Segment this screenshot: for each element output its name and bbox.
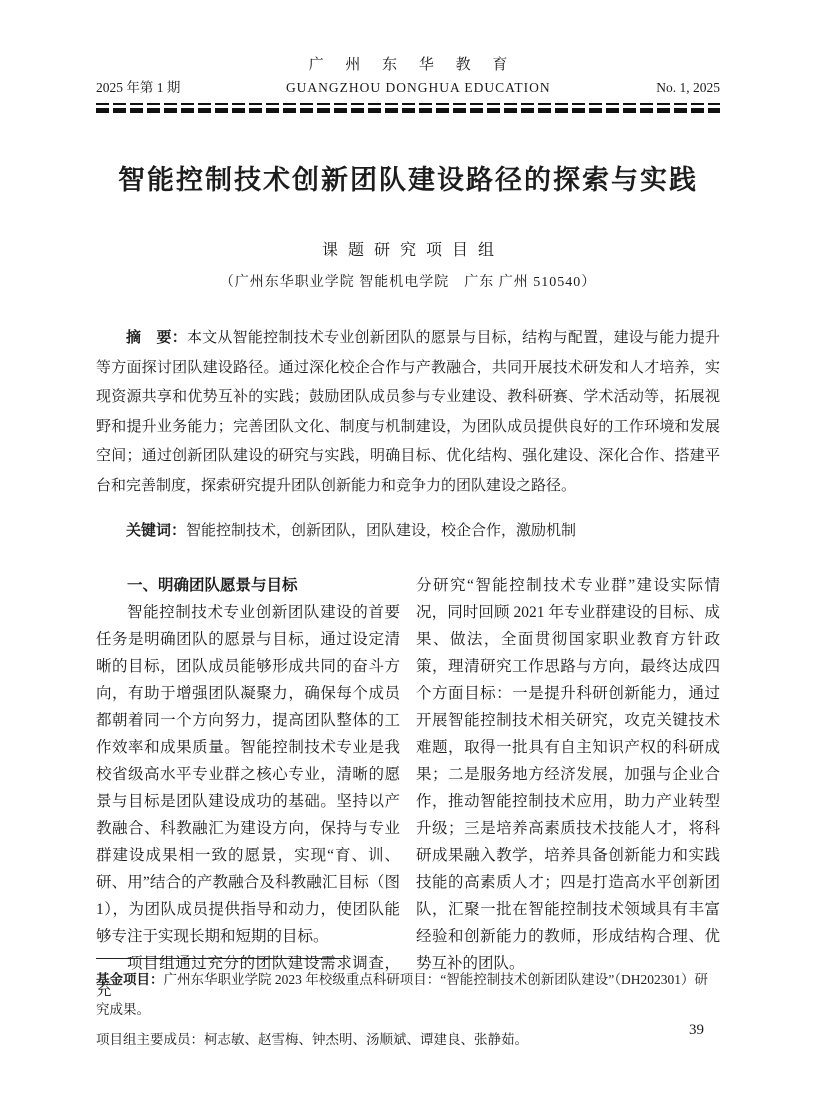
abstract-label: 摘 要： bbox=[126, 329, 187, 346]
body-columns: 一、明确团队愿景与目标 智能控制技术专业创新团队建设的首要任务是明确团队的愿景与… bbox=[96, 572, 720, 1004]
article-title: 智能控制技术创新团队建设路径的探索与实践 bbox=[96, 163, 720, 197]
footnote-block: 基金项目：广州东华职业学院 2023 年校级重点科研项目：“智能控制技术创新团队… bbox=[96, 958, 720, 1055]
section-heading-1: 一、明确团队愿景与目标 bbox=[96, 572, 400, 599]
fund-project-line: 基金项目：广州东华职业学院 2023 年校级重点科研项目：“智能控制技术创新团队… bbox=[96, 965, 720, 1025]
journal-header-row: 2025 年第 1 期 GUANGZHOU DONGHUA EDUCATION … bbox=[96, 79, 720, 97]
keywords-label: 关键词： bbox=[126, 522, 186, 539]
article-affiliation: （广州东华职业学院 智能机电学院 广东 广州 510540） bbox=[96, 274, 720, 292]
header-rule-thin bbox=[96, 103, 720, 105]
fund-project-text: 广州东华职业学院 2023 年校级重点科研项目：“智能控制技术创新团队建设”（D… bbox=[96, 972, 708, 1017]
journal-page: 广 州 东 华 教 育 2025 年第 1 期 GUANGZHOU DONGHU… bbox=[0, 0, 816, 1119]
keywords-text: 智能控制技术，创新团队，团队建设，校企合作，激励机制 bbox=[186, 523, 576, 539]
abstract-text: 本文从智能控制技术专业创新团队的愿景与目标，结构与配置，建设与能力提升等方面探讨… bbox=[96, 330, 720, 494]
header-rule-thick bbox=[96, 108, 720, 113]
body-paragraph: 智能控制技术专业创新团队建设的首要任务是明确团队的愿景与目标，通过设定清晰的目标… bbox=[96, 599, 400, 950]
project-members-line: 项目组主要成员：柯志敏、赵雪梅、钟杰明、汤顺斌、谭建良、张静茹。 bbox=[96, 1025, 720, 1055]
abstract-paragraph: 摘 要：本文从智能控制技术专业创新团队的愿景与目标，结构与配置，建设与能力提升等… bbox=[96, 323, 720, 501]
article-author: 课题研究项目组 bbox=[96, 241, 720, 261]
header-rule-double bbox=[96, 103, 720, 113]
body-paragraph: 分研究“智能控制技术专业群”建设实际情况，同时回顾 2021 年专业群建设的目标… bbox=[416, 572, 720, 977]
journal-name-en: GUANGZHOU DONGHUA EDUCATION bbox=[286, 79, 551, 97]
page-number: 39 bbox=[689, 1022, 704, 1039]
fund-project-label: 基金项目： bbox=[96, 972, 164, 987]
footnote-rule bbox=[96, 958, 346, 959]
body-column-left: 一、明确团队愿景与目标 智能控制技术专业创新团队建设的首要任务是明确团队的愿景与… bbox=[96, 572, 400, 1004]
keywords-paragraph: 关键词：智能控制技术，创新团队，团队建设，校企合作，激励机制 bbox=[96, 516, 720, 547]
issue-label-cn: 2025 年第 1 期 bbox=[96, 79, 180, 97]
issue-label-en: No. 1, 2025 bbox=[656, 79, 720, 97]
journal-name-cn: 广 州 东 华 教 育 bbox=[96, 56, 720, 74]
body-column-right: 分研究“智能控制技术专业群”建设实际情况，同时回顾 2021 年专业群建设的目标… bbox=[416, 572, 720, 1004]
